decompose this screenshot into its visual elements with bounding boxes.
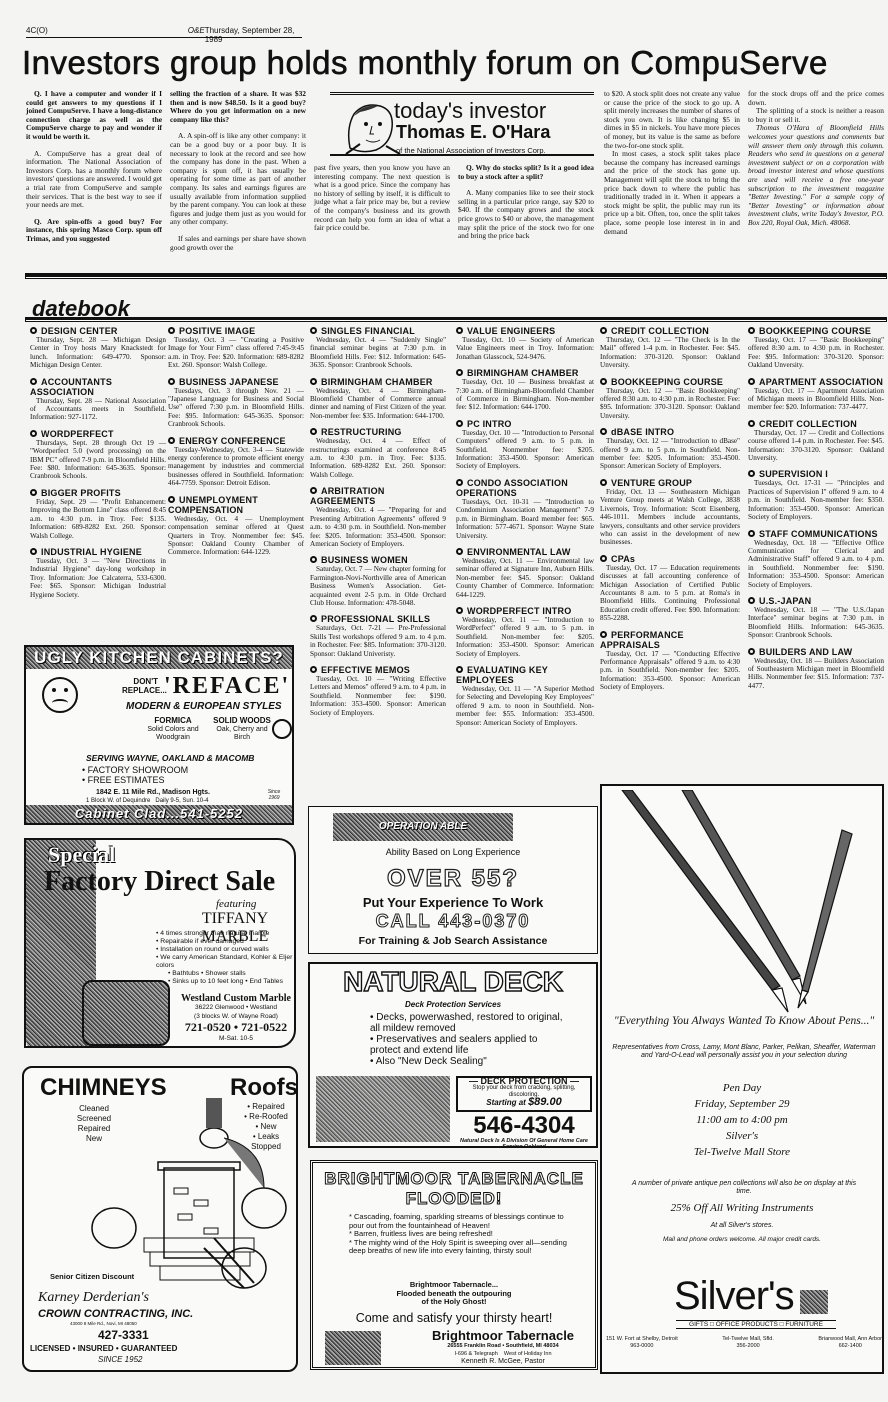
datebook-event: VALUE ENGINEERSTuesday, Oct. 10 — Societ… [456, 326, 594, 361]
deck-promo-body: Stop your deck from cracking, splitting,… [458, 1085, 590, 1099]
datebook-event: BIGGER PROFITSFriday, Sept. 29 — "Profit… [30, 488, 166, 540]
silvers-divisions: GIFTS □ OFFICE PRODUCTS □ FURNITURE [676, 1320, 836, 1329]
bullet-icon [30, 327, 37, 334]
answer-3-end: for the stock drops off and the price co… [748, 90, 884, 107]
silvers-collections: A number of private antique pen collecti… [626, 1180, 862, 1196]
ad-crown-contracting: CHIMNEYS Cleaned Screened Repaired New R… [22, 1066, 298, 1372]
datebook-column: VALUE ENGINEERSTuesday, Oct. 10 — Societ… [456, 326, 594, 734]
event-title: VENTURE GROUP [600, 478, 740, 488]
event-title: BOOKKEEPING COURSE [600, 377, 740, 387]
event-title: U.S.-JAPAN [748, 596, 884, 606]
bullet-icon [310, 428, 317, 435]
datebook-column: SINGLES FINANCIALWednesday, Oct. 4 — "Su… [310, 326, 446, 724]
answer-1: A. CompuServe has a great deal of inform… [26, 150, 162, 210]
event-body: Wednesday, Oct. 11 — "A Superior Method … [456, 685, 594, 727]
bullet-icon [600, 428, 607, 435]
marble-items: • Bathtubs • Shower stalls [156, 970, 296, 978]
bullet-icon [30, 548, 37, 555]
event-body: Tuesday, Oct. 10 — "Writing Effective Le… [310, 675, 446, 717]
chimney-assurance: LICENSED • INSURED • GUARANTEED [30, 1344, 177, 1353]
church-pastor: Kenneth R. McGee, Pastor [413, 1358, 593, 1366]
event-body: Tuesday, Oct. 17 — Education requirement… [600, 564, 740, 623]
event-title: PROFESSIONAL SKILLS [310, 614, 446, 624]
silvers-event: Pen Day Friday, September 29 11:00 am to… [602, 1080, 882, 1160]
bullet-icon [456, 548, 463, 555]
kitchen-styles: MODERN & EUROPEAN STYLES [126, 701, 282, 712]
datebook-rule [26, 318, 886, 321]
datebook-event: ENVIRONMENTAL LAWWednesday, Oct. 11 — En… [456, 547, 594, 599]
datebook-event: U.S.-JAPANWednesday, Oct. 18 — "The U.S.… [748, 596, 884, 640]
kitchen-bullet-1: • FACTORY SHOWROOM [82, 765, 188, 775]
church-contact: Brightmoor Tabernacle 26555 Franklin Roa… [413, 1329, 593, 1366]
deck-subtitle: Deck Protection Services [310, 1000, 596, 1009]
event-body: Wednesday, Oct. 4 — "Suddenly Single" fi… [310, 336, 446, 370]
answer-3-cont: to $20. A stock split does not create an… [604, 90, 740, 150]
bullet-icon [748, 597, 755, 604]
silvers-offer: 25% Off All Writing Instruments [602, 1202, 882, 1214]
marble-feature: • 4 times stronger than natural marble [156, 930, 296, 938]
column-title: today's investor [394, 98, 546, 124]
marble-special: Special [48, 842, 115, 868]
deck-bullet: • Also "New Deck Sealing" [370, 1056, 570, 1067]
marble-featuring: featuring [216, 898, 256, 910]
church-directions: I-696 & Telegraph West of Holiday Inn [413, 1350, 593, 1358]
datebook-column: POSITIVE IMAGETuesday, Oct. 3 — "Creatin… [168, 326, 304, 564]
event-title: CREDIT COLLECTION [748, 419, 884, 429]
silvers-location: Briarwood Mall, Ann Arbor662-1400 [818, 1336, 882, 1350]
kitchen-directions: 1 Block W. of Dequindre Daily 9-5, Sun. … [86, 798, 208, 804]
bullet-icon [748, 420, 755, 427]
article-col-3: past five years, then you know you have … [314, 164, 450, 241]
article-col-5: to $20. A stock split does not create an… [604, 90, 740, 236]
bullet-icon [456, 327, 463, 334]
church-mid: Brightmoor Tabernacle... Flooded beneath… [313, 1281, 595, 1307]
kitchen-phone: Cabinet Clad...541-5252 [26, 805, 292, 823]
event-title: ARBITRATION AGREEMENTS [310, 486, 446, 506]
able-logo-text: OPERATION ABLE [379, 821, 467, 832]
chimney-workers-illustration-icon [74, 1088, 298, 1298]
sad-face-icon [42, 677, 78, 713]
ad-brightmoor-tabernacle: BRIGHTMOOR TABERNACLE FLOODED! * Cascadi… [310, 1160, 598, 1370]
datebook-event: CREDIT COLLECTIONThursday, Oct. 12 — "Th… [600, 326, 740, 370]
event-body: Thursday, Sept. 28 — Michigan Design Cen… [30, 336, 166, 370]
silvers-headline: "Everything You Always Wanted To Know Ab… [610, 1014, 878, 1028]
event-body: Wednesday, Oct. 18 — Builders Associatio… [748, 657, 884, 691]
silvers-location: Tel-Twelve Mall, Sfld.356-2000 [722, 1336, 774, 1350]
datebook-event: VENTURE GROUPFriday, Oct. 13 — Southeast… [600, 478, 740, 547]
event-body: Wednesday, Oct. 4 — Birmingham-Bloomfiel… [310, 387, 446, 421]
columnist-name: Thomas E. O'Hara [396, 122, 550, 143]
woods-body: Oak, Cherry and Birch [216, 726, 267, 741]
article-col-2: selling the fraction of a share. It was … [170, 90, 306, 252]
page-folio: 4C(O) O&E Thursday, September 28, 1989 [26, 26, 302, 38]
event-body: Friday, Oct. 13 — Southeastern Michigan … [600, 488, 740, 547]
event-body: Thursday, Oct. 12 — "Introduction to dBa… [600, 437, 740, 471]
event-title: BUSINESS JAPANESE [168, 377, 304, 387]
marble-hours: M-Sat. 10-5 [176, 1034, 296, 1043]
bullet-icon [168, 437, 175, 444]
datebook-column: DESIGN CENTERThursday, Sept. 28 — Michig… [30, 326, 166, 606]
datebook-event: EVALUATING KEY EMPLOYEESWednesday, Oct. … [456, 665, 594, 727]
ad-operation-able: OPERATION ABLE Ability Based on Long Exp… [308, 806, 598, 954]
chimney-address: 43000 8 Mile Rd., Novi, MI 48050 [70, 1321, 137, 1326]
event-title: ENVIRONMENTAL LAW [456, 547, 594, 557]
church-logo-icon [325, 1331, 381, 1365]
question-3: Q. Why do stocks split? Is it a good ide… [458, 164, 594, 181]
event-title: POSITIVE IMAGE [168, 326, 304, 336]
event-body: Tuesdays, Oct. 10-31 — "Introduction to … [456, 498, 594, 540]
answer-2-end: past five years, then you know you have … [314, 164, 450, 233]
event-body: Tuesday, Oct. 17 — Apartment Association… [748, 387, 884, 412]
datebook-event: BUSINESS JAPANESETuesdays, Oct. 3 throug… [168, 377, 304, 429]
event-body: Thursday, Oct. 17 — Credit and Collectio… [748, 429, 884, 463]
silvers-event-time: 11:00 am to 4:00 pm [602, 1112, 882, 1128]
event-title: CONDO ASSOCIATION OPERATIONS [456, 478, 594, 498]
datebook-event: WORDPERFECTThursdays, Sept. 28 through O… [30, 429, 166, 481]
event-body: Tuesday, Oct. 17 — "Basic Bookkeeping" o… [748, 336, 884, 370]
event-title: CPAs [600, 554, 740, 564]
event-body: Thursday, Oct. 12 — "Basic Bookkeeping" … [600, 387, 740, 421]
event-title: SINGLES FINANCIAL [310, 326, 446, 336]
ad-kitchen-cabinets: UGLY KITCHEN CABINETS? DON'T REPLACE... … [24, 645, 294, 825]
datebook-event: STAFF COMMUNICATIONSWednesday, Oct. 18 —… [748, 529, 884, 589]
kitchen-banner: UGLY KITCHEN CABINETS? [26, 647, 292, 669]
datebook-event: BOOKKEEPING COURSETuesday, Oct. 17 — "Ba… [748, 326, 884, 370]
bullet-icon [600, 631, 607, 638]
bullet-icon [600, 479, 607, 486]
datebook-event: CPAsTuesday, Oct. 17 — Education require… [600, 554, 740, 623]
church-address: 26555 Franklin Road • Southfield, MI 480… [413, 1342, 593, 1350]
datebook-column: BOOKKEEPING COURSETuesday, Oct. 17 — "Ba… [748, 326, 884, 697]
event-body: Saturday, Oct. 7 — New chapter forming f… [310, 565, 446, 607]
silvers-event-name: Pen Day [602, 1080, 882, 1096]
article-col-4: Q. Why do stocks split? Is it a good ide… [458, 164, 594, 241]
event-title: INDUSTRIAL HYGIENE [30, 547, 166, 557]
deck-footer: Natural Deck Is A Division Of General Ho… [456, 1138, 592, 1148]
event-body: Tuesdays, Oct. 17-31 — "Principles and P… [748, 479, 884, 521]
marble-feature: • Installation on round or curved walls [156, 946, 296, 954]
event-body: Wednesday, Oct. 4 — Unemployment compens… [168, 515, 304, 557]
bullet-icon [168, 496, 175, 503]
bullet-icon [310, 327, 317, 334]
datebook-title: datebook [32, 296, 130, 322]
able-headline: OVER 55? [309, 865, 597, 893]
event-title: ACCOUNTANTS ASSOCIATION [30, 377, 166, 397]
bullet-icon [600, 555, 607, 562]
ad-tiffany-marble: Special Factory Direct Sale featuring TI… [24, 838, 296, 1048]
marble-photo [82, 980, 170, 1046]
able-call: CALL 443-0370 [309, 911, 597, 932]
columnist-org: of the National Association of Investors… [396, 146, 546, 155]
datebook-event: BIRMINGHAM CHAMBERWednesday, Oct. 4 — Bi… [310, 377, 446, 421]
kitchen-option-woods: SOLID WOODS Oak, Cherry and Birch [210, 717, 274, 742]
kitchen-bullets: • FACTORY SHOWROOM • FREE ESTIMATES [82, 765, 188, 785]
event-body: Tuesdays, Oct. 3 through Nov. 21 — "Japa… [168, 387, 304, 429]
page-headline: Investors group holds monthly forum on C… [22, 44, 828, 82]
bullet-icon [30, 489, 37, 496]
question-2: Q. Are spin-offs a good buy? For instanc… [26, 218, 162, 244]
kitchen-dont: DON'T REPLACE... [122, 677, 158, 695]
formica-title: FORMICA [154, 716, 191, 725]
datebook-event: SINGLES FINANCIALWednesday, Oct. 4 — "Su… [310, 326, 446, 370]
event-body: Tuesday, Oct. 3 — "Creating a Positive I… [168, 336, 304, 370]
marble-contact: Westland Custom Marble 36222 Glenwood • … [176, 994, 296, 1043]
datebook-event: WORDPERFECT INTROWednesday, Oct. 11 — "I… [456, 606, 594, 658]
answer-3-cont-2: In most cases, a stock split takes place… [604, 150, 740, 236]
event-title: BOOKKEEPING COURSE [748, 326, 884, 336]
kitchen-option-formica: FORMICA Solid Colors and Woodgrain [138, 717, 208, 742]
silvers-logo-mark-icon [800, 1290, 828, 1314]
marble-company: Westland Custom Marble [176, 994, 296, 1003]
datebook-event: CONDO ASSOCIATION OPERATIONSTuesdays, Oc… [456, 478, 594, 540]
event-title: VALUE ENGINEERS [456, 326, 594, 336]
datebook-event: BOOKKEEPING COURSEThursday, Oct. 12 — "B… [600, 377, 740, 421]
column-note: Thomas O'Hara of Bloomfield Hills welcom… [748, 124, 884, 227]
event-title: CREDIT COLLECTION [600, 326, 740, 336]
datebook-event: PROFESSIONAL SKILLSSaturdays, Oct. 7-21 … [310, 614, 446, 658]
bullet-icon [456, 666, 463, 673]
datebook-event: ARBITRATION AGREEMENTSWednesday, Oct. 4 … [310, 486, 446, 548]
event-title: DESIGN CENTER [30, 326, 166, 336]
bullet-icon [30, 430, 37, 437]
bullet-icon [748, 470, 755, 477]
chimney-discount: Senior Citizen Discount [50, 1272, 134, 1281]
event-body: Friday, Sept. 29 — "Profit Enhancement: … [30, 498, 166, 540]
event-title: PERFORMANCE APPRAISALS [600, 630, 740, 650]
silvers-event-date: Friday, September 29 [602, 1096, 882, 1112]
deck-phone: 546-4304 [456, 1114, 592, 1138]
deck-promo-box: — DECK PROTECTION — Stop your deck from … [456, 1076, 592, 1112]
church-name: Brightmoor Tabernacle [413, 1329, 593, 1342]
event-title: BUSINESS WOMEN [310, 555, 446, 565]
datebook-event: RESTRUCTURINGWednesday, Oct. 4 — Effect … [310, 427, 446, 479]
event-title: BIRMINGHAM CHAMBER [456, 368, 594, 378]
deck-bullets: • Decks, powerwashed, restored to origin… [370, 1012, 570, 1067]
bullet-icon [168, 378, 175, 385]
event-body: Wednesday, Oct. 11 — Environmental law s… [456, 557, 594, 599]
bullet-icon [600, 327, 607, 334]
datebook-event: BUILDERS AND LAWWednesday, Oct. 18 — Bui… [748, 647, 884, 691]
event-body: Wednesday, Oct. 18 — "The U.S./Japan Int… [748, 606, 884, 640]
event-title: BIGGER PROFITS [30, 488, 166, 498]
event-body: Tuesday-Wednesday, Oct. 3-4 — Statewide … [168, 446, 304, 488]
able-logo: OPERATION ABLE [333, 813, 513, 841]
kitchen-serving: SERVING WAYNE, OAKLAND & MACOMB [86, 753, 254, 763]
able-sub: Put Your Experience To Work [309, 895, 597, 910]
woods-title: SOLID WOODS [213, 716, 271, 725]
event-title: WORDPERFECT INTRO [456, 606, 594, 616]
happy-face-icon [272, 719, 292, 739]
question-2-cont: selling the fraction of a share. It was … [170, 90, 306, 124]
chimney-owner: Karney Derderian's [38, 1290, 149, 1306]
bullet-icon [456, 369, 463, 376]
event-body: Thursday, Oct. 12 — "The Check is In the… [600, 336, 740, 370]
marble-feature: • Repairable if ever damaged [156, 938, 296, 946]
silvers-logo: Silver's [674, 1276, 794, 1316]
publication-name: O&E [188, 26, 205, 37]
silvers-intro: Representatives from Cross, Lamy, Mont B… [610, 1044, 878, 1060]
event-body: Wednesday, Oct. 4 — "Preparing for and P… [310, 506, 446, 548]
datebook-event: PERFORMANCE APPRAISALSTuesday, Oct. 17 —… [600, 630, 740, 692]
bullet-icon [168, 327, 175, 334]
deck-photo [316, 1076, 450, 1142]
event-body: Thursdays, Sept. 28 through Oct 19 — "Wo… [30, 439, 166, 481]
deck-bullet: • Decks, powerwashed, restored to origin… [370, 1012, 570, 1034]
answer-2: A. A spin-off is like any other company:… [170, 132, 306, 227]
datebook-event: PC INTROTuesday, Oct. 10 — "Introduction… [456, 419, 594, 471]
bullet-icon [310, 666, 317, 673]
event-body: Tuesday, Oct. 10 — "Introduction to Pers… [456, 429, 594, 471]
event-body: Wednesday, Oct. 4 — Effect of restructur… [310, 437, 446, 479]
marble-address: 36222 Glenwood • Westland [176, 1003, 296, 1012]
chimney-since: SINCE 1952 [98, 1355, 142, 1364]
event-body: Wednesday, Oct. 18 — "Effective Office C… [748, 539, 884, 589]
silvers-locations: 151 W. Fort at Shelby, Detroit963-0000 T… [606, 1336, 882, 1350]
church-bullet: * The mighty wind of the Holy Spirit is … [349, 1239, 569, 1256]
datebook-event: ENERGY CONFERENCETuesday-Wednesday, Oct.… [168, 436, 304, 488]
event-title: SUPERVISION I [748, 469, 884, 479]
answer-2-cont: If sales and earnings per share have sho… [170, 235, 306, 252]
event-body: Tuesday, Oct. 3 — "New Directions in Ind… [30, 557, 166, 599]
silvers-event-location: Tel-Twelve Mall Store [602, 1144, 882, 1160]
event-title: PC INTRO [456, 419, 594, 429]
datebook-event: ACCOUNTANTS ASSOCIATIONThursday, Sept. 2… [30, 377, 166, 422]
datebook-event: BUSINESS WOMENSaturday, Oct. 7 — New cha… [310, 555, 446, 607]
silvers-location: 151 W. Fort at Shelby, Detroit963-0000 [606, 1336, 678, 1350]
event-title: RESTRUCTURING [310, 427, 446, 437]
question-1: Q. I have a computer and wonder if I cou… [26, 90, 162, 142]
event-title: EVALUATING KEY EMPLOYEES [456, 665, 594, 685]
church-title-2: FLOODED! [313, 1189, 595, 1209]
event-title: WORDPERFECT [30, 429, 166, 439]
answer-3: A. Many companies like to see their stoc… [458, 189, 594, 241]
event-title: UNEMPLOYMENT COMPENSATION [168, 495, 304, 515]
bullet-icon [456, 607, 463, 614]
datebook-event: SUPERVISION ITuesdays, Oct. 17-31 — "Pri… [748, 469, 884, 521]
able-tagline: Ability Based on Long Experience [309, 847, 597, 857]
bullet-icon [748, 327, 755, 334]
bullet-icon [456, 420, 463, 427]
datebook-event: APARTMENT ASSOCIATIONTuesday, Oct. 17 — … [748, 377, 884, 412]
bullet-icon [456, 479, 463, 486]
ad-natural-deck: NATURAL DECK Deck Protection Services • … [308, 962, 598, 1148]
event-title: EFFECTIVE MEMOS [310, 665, 446, 675]
bullet-icon [30, 378, 37, 385]
event-body: Wednesday, Oct. 11 — "Introduction to Wo… [456, 616, 594, 658]
deck-bullet: • Preservatives and sealers applied to p… [370, 1034, 570, 1056]
datebook-event: EFFECTIVE MEMOSTuesday, Oct. 10 — "Writi… [310, 665, 446, 717]
deck-promo-title: — DECK PROTECTION — [458, 1078, 590, 1085]
event-body: Tuesday, Oct. 17 — "Conducting Effective… [600, 650, 740, 692]
event-title: BUILDERS AND LAW [748, 647, 884, 657]
able-footer: For Training & Job Search Assistance [309, 935, 597, 947]
event-body: Tuesday, Oct. 10 — Society of American V… [456, 336, 594, 361]
event-title: APARTMENT ASSOCIATION [748, 377, 884, 387]
kitchen-bullet-2: • FREE ESTIMATES [82, 775, 188, 785]
page-number: 4C(O) [26, 26, 48, 37]
deck-title: NATURAL DECK [310, 966, 596, 998]
article-col-6: for the stock drops off and the price co… [748, 90, 884, 228]
marble-feature: • We carry American Standard, Kohler & E… [156, 954, 296, 970]
ad-silvers-pens: "Everything You Always Wanted To Know Ab… [600, 784, 884, 1374]
silvers-offer-note: At all Silver's stores. [602, 1222, 882, 1229]
datebook-column: CREDIT COLLECTIONThursday, Oct. 12 — "Th… [600, 326, 740, 699]
article-col-1: Q. I have a computer and wonder if I cou… [26, 90, 162, 244]
bullet-icon [600, 378, 607, 385]
church-cta: Come and satisfy your thirsty heart! [313, 1311, 595, 1325]
church-bullets: * Cascading, foaming, sparkling streams … [349, 1213, 569, 1256]
silvers-orders: Mail and phone orders welcome. All major… [602, 1236, 882, 1243]
church-mid-3: of the Holy Ghost! [313, 1298, 595, 1307]
church-title: BRIGHTMOOR TABERNACLE [313, 1169, 595, 1189]
datebook-event: UNEMPLOYMENT COMPENSATIONWednesday, Oct.… [168, 495, 304, 557]
kitchen-reface: 'REFACE' [164, 673, 290, 700]
church-bullet: * Cascading, foaming, sparkling streams … [349, 1213, 569, 1230]
event-title: BIRMINGHAM CHAMBER [310, 377, 446, 387]
publication-date: Thursday, September 28, 1989 [205, 26, 302, 37]
datebook-event: BIRMINGHAM CHAMBERTuesday, Oct. 10 — Bus… [456, 368, 594, 412]
marble-features: • 4 times stronger than natural marble •… [156, 930, 296, 986]
bullet-icon [748, 648, 755, 655]
datebook-event: CREDIT COLLECTIONThursday, Oct. 17 — Cre… [748, 419, 884, 463]
chimney-phone: 427-3331 [98, 1328, 149, 1342]
bullet-icon [310, 378, 317, 385]
fountain-pens-illustration-icon [602, 790, 884, 1016]
marble-headline: Factory Direct Sale [44, 866, 275, 898]
event-title: dBASE INTRO [600, 427, 740, 437]
kitchen-since: Since 1969 [264, 789, 284, 801]
bullet-icon [748, 530, 755, 537]
datebook-event: INDUSTRIAL HYGIENETuesday, Oct. 3 — "New… [30, 547, 166, 599]
deck-promo-price: Starting at $89.00 [458, 1099, 590, 1106]
silvers-event-store: Silver's [602, 1128, 882, 1144]
datebook-event: DESIGN CENTERThursday, Sept. 28 — Michig… [30, 326, 166, 370]
datebook-event: dBASE INTROThursday, Oct. 12 — "Introduc… [600, 427, 740, 471]
bullet-icon [748, 378, 755, 385]
event-title: ENERGY CONFERENCE [168, 436, 304, 446]
event-body: Saturdays, Oct. 7-21 — Pre-Professional … [310, 624, 446, 658]
bullet-icon [310, 615, 317, 622]
bullet-icon [310, 487, 317, 494]
event-body: Tuesday, Oct. 10 — Business breakfast at… [456, 378, 594, 412]
chimney-company: CROWN CONTRACTING, INC. [38, 1308, 193, 1320]
kitchen-address: 1842 E. 11 Mile Rd., Madison Hgts. [96, 789, 210, 796]
section-divider [26, 274, 886, 278]
datebook-event: POSITIVE IMAGETuesday, Oct. 3 — "Creatin… [168, 326, 304, 370]
answer-3-conclusion: The splitting of a stock is neither a re… [748, 107, 884, 124]
event-title: STAFF COMMUNICATIONS [748, 529, 884, 539]
bullet-icon [310, 556, 317, 563]
marble-items-2: • Sinks up to 10 feet long • End Tables [156, 978, 296, 986]
event-body: Thursday, Sept. 28 — National Associatio… [30, 397, 166, 422]
formica-body: Solid Colors and Woodgrain [147, 726, 198, 741]
marble-phones: 721-0520 • 721-0522 [176, 1021, 296, 1034]
